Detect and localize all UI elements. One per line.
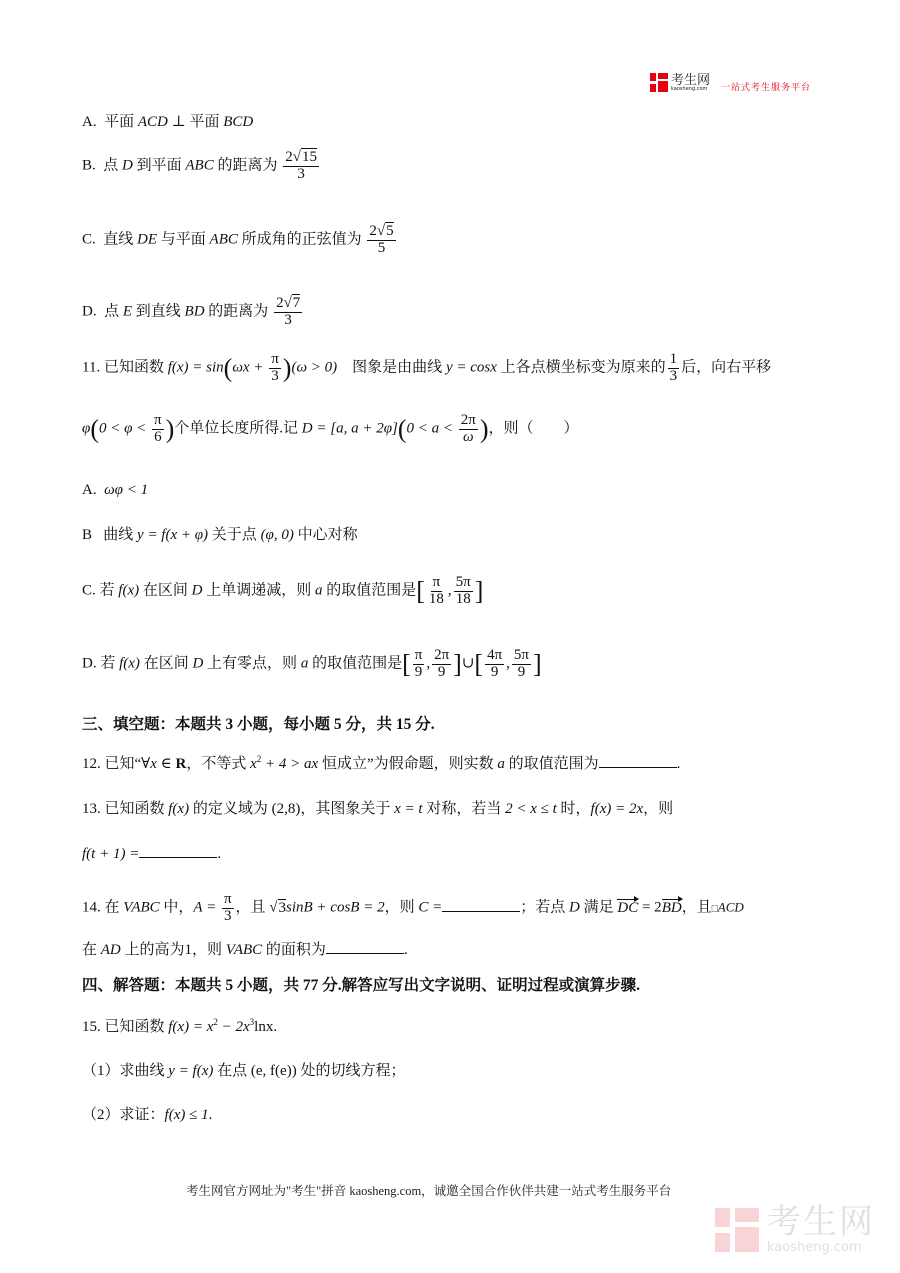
q11-option-d: D. 若 f(x) 在区间 D 上有零点，则 a 的取值范围是[π9,2π9]∪… (82, 648, 542, 681)
q15-part-1: （1）求曲线 y = f(x) 在点 (e, f(e)) 处的切线方程； (82, 1059, 405, 1080)
q11-line2: φ(0 < φ < π6)个单位长度所得.记 D = [a, a + 2φ](0… (82, 413, 579, 446)
watermark-text-en: kaosheng.com (767, 1241, 875, 1254)
logo-text-cn: 考生网 (671, 74, 710, 87)
q10-option-a: A. 平面 ACD ⊥ 平面 BCD (82, 110, 253, 131)
kaosheng-logo-icon (650, 73, 668, 92)
watermark-logo: 考生网 kaosheng.com (715, 1205, 875, 1254)
q11-option-b: B 曲线 y = f(x + φ) 关于点 (φ, 0) 中心对称 (82, 523, 358, 544)
answer-blank[interactable] (326, 952, 404, 954)
logo-text-en: kaosheng.com (671, 87, 710, 92)
fraction: 2√153 (283, 150, 319, 183)
watermark-text-cn: 考生网 (767, 1205, 875, 1239)
q10-option-c: C. 直线 DE 与平面 ABC 所成角的正弦值为 2√55 (82, 224, 398, 257)
q10-option-d: D. 点 E 到直线 BD 的距离为 2√73 (82, 296, 304, 329)
q15-part-2: （2）求证：f(x) ≤ 1. (82, 1103, 212, 1124)
fraction: 2√73 (274, 296, 302, 329)
q10-option-b: B. 点 D 到平面 ABC 的距离为 2√153 (82, 150, 321, 183)
header-slogan: 一站式考生服务平台 (721, 80, 811, 93)
answer-blank[interactable] (139, 856, 217, 858)
q15: 15. 已知函数 f(x) = x2 − 2x3lnx. (82, 1015, 277, 1036)
kaosheng-watermark-icon (715, 1208, 759, 1252)
fraction: 2√55 (367, 224, 395, 257)
q14-line2: 在 AD 上的高为1，则 VABC 的面积为. (82, 938, 408, 959)
header-logo: 考生网 kaosheng.com (650, 73, 710, 92)
answer-blank[interactable] (599, 766, 677, 768)
section-4-heading: 四、解答题：本题共 5 小题，共 77 分.解答应写出文字说明、证明过程或演算步… (82, 973, 640, 995)
footer-text: 考生网官方网址为"考生"拼音 kaosheng.com，诚邀全国合作伙伴共建一站… (186, 1181, 671, 1199)
q11-option-c: C. 若 f(x) 在区间 D 上单调递减，则 a 的取值范围是[π18,5π1… (82, 575, 483, 608)
q13-line2: f(t + 1) =. (82, 846, 221, 863)
answer-blank[interactable] (442, 910, 520, 912)
q11-option-a: A. ωφ < 1 (82, 482, 148, 499)
q14-line1: 14. 在 VABC 中，A = π3，且 √3sinB + cosB = 2，… (82, 892, 744, 925)
section-3-heading: 三、填空题：本题共 3 小题，每小题 5 分，共 15 分. (82, 712, 435, 734)
q11-line1: 11. 已知函数 f(x) = sin(ωx + π3)(ω > 0) 图象是由… (82, 352, 771, 385)
q12: 12. 已知“∀x ∈ R，不等式 x2 + 4 > ax 恒成立”为假命题，则… (82, 752, 680, 773)
q13-line1: 13. 已知函数 f(x) 的定义域为 (2,8)，其图象关于 x = t 对称… (82, 797, 673, 818)
